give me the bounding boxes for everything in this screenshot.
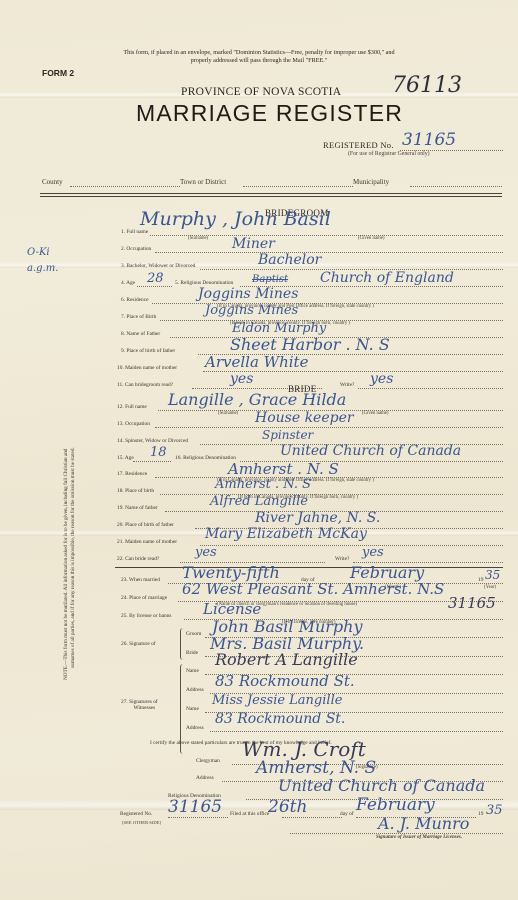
bride-father-label: 19. Name of father bbox=[117, 505, 158, 511]
bride-religion-label: 16. Religious Denomination bbox=[175, 455, 236, 461]
dotted-line bbox=[282, 817, 342, 818]
year-hint: (Year) bbox=[484, 585, 496, 590]
witness2-address-label: Address bbox=[186, 725, 204, 731]
when-married-label: 23. When married bbox=[121, 577, 160, 583]
side-note-line2: surnames of all parties, and if for any … bbox=[70, 447, 77, 680]
year-prefix: 19 bbox=[478, 577, 483, 583]
bride-fullname-value: Langille , Grace Hilda bbox=[168, 390, 346, 409]
postal-notice-line2: properly addressed will pass through the… bbox=[0, 57, 518, 65]
surname-hint: (Surname) bbox=[218, 411, 238, 416]
side-note: NOTE.—This form must not be mutilated. A… bbox=[63, 447, 77, 680]
groom-religion-value: Church of England bbox=[320, 270, 454, 286]
witness1-name: Robert A Langille bbox=[215, 650, 358, 669]
registrar-note: (For use of Registrar General only) bbox=[348, 151, 430, 157]
see-other-side-note: [SEE OTHER SIDE] bbox=[122, 820, 161, 825]
postal-notice-line1: This form, if placed in an envelope, mar… bbox=[0, 49, 518, 57]
witness2-name: Miss Jessie Langille bbox=[212, 693, 342, 708]
registered-number-value: 31165 bbox=[402, 130, 456, 150]
bride-status-label: 14. Spinster, Widow or Divorced bbox=[117, 438, 188, 444]
witness1-address: 83 Rockmound St. bbox=[215, 672, 355, 690]
margin-note-1: O-Ki bbox=[27, 247, 50, 258]
dotted-line bbox=[290, 833, 503, 834]
license-number: 31165 bbox=[448, 594, 496, 612]
bride-fullname-label: 12. Full name bbox=[117, 404, 147, 410]
dotted-line bbox=[133, 461, 171, 462]
witness2-name-label: Name bbox=[186, 706, 199, 712]
bride-residence-value: Amherst . N. S bbox=[228, 460, 339, 478]
registered-number-label: REGISTERED No. bbox=[323, 140, 394, 150]
bride-religion-value: United Church of Canada bbox=[280, 443, 461, 459]
marriage-register-document: This form, if placed in an envelope, mar… bbox=[0, 0, 518, 900]
dotted-line bbox=[155, 427, 503, 428]
filing-registered-label: Registered No. bbox=[120, 811, 152, 817]
groom-residence-value: Joggins Mines bbox=[198, 286, 298, 302]
side-note-line1: NOTE.—This form must not be mutilated. A… bbox=[63, 447, 70, 680]
bride-signature-label: Bride bbox=[186, 650, 198, 656]
province-heading: PROVINCE OF NOVA SCOTIA bbox=[181, 86, 341, 98]
license-label: 25. By license or banns bbox=[121, 613, 171, 619]
clergyman-denomination: United Church of Canada bbox=[278, 776, 485, 795]
wedding-year-value: 35 bbox=[485, 568, 500, 582]
bride-father-birthplace-value: River Jahne, N. S. bbox=[255, 510, 380, 526]
bride-father-birthplace-label: 20. Place of birth of father bbox=[117, 522, 174, 528]
groom-age-label: 4. Age bbox=[121, 280, 135, 286]
page-title: MARRIAGE REGISTER bbox=[136, 100, 403, 127]
clergyman-address: Amherst, N. S bbox=[256, 758, 376, 778]
groom-mother-value: Arvella White bbox=[205, 353, 308, 371]
dotted-line bbox=[137, 286, 172, 287]
filing-registered-value: 31165 bbox=[168, 797, 222, 817]
given-name-hint: (Given name) bbox=[358, 236, 385, 241]
form-label: FORM 2 bbox=[42, 68, 74, 78]
clergyman-address-label: Address bbox=[196, 775, 214, 781]
county-label: County bbox=[42, 178, 63, 186]
groom-birthplace-value: Joggins Mines bbox=[205, 303, 298, 318]
clergyman-label: Clergyman bbox=[196, 758, 220, 764]
divider bbox=[40, 193, 502, 194]
dotted-line bbox=[200, 545, 503, 546]
groom-read-value: yes bbox=[230, 371, 253, 387]
handwritten-reference-number: 76113 bbox=[392, 73, 462, 98]
filed-day-of-label: day of bbox=[340, 811, 354, 817]
town-field[interactable] bbox=[243, 186, 353, 187]
witnesses-label-line2: Witnesses bbox=[121, 705, 158, 711]
groom-father-birthplace-value: Sheet Harbor . N. S bbox=[230, 335, 390, 354]
filed-label: Filed at this office bbox=[230, 811, 269, 817]
bride-write-value: yes bbox=[362, 545, 384, 560]
town-label: Town or District bbox=[180, 178, 226, 186]
bride-age-value: 18 bbox=[150, 445, 167, 460]
county-field[interactable] bbox=[70, 186, 180, 187]
bride-residence-label: 17. Residence bbox=[117, 471, 147, 477]
groom-occupation-value: Miner bbox=[232, 236, 275, 252]
groom-occupation-label: 2. Occupation bbox=[121, 246, 151, 252]
dotted-line bbox=[210, 731, 503, 732]
bride-birthplace-label: 18. Place of birth bbox=[117, 488, 154, 494]
place-of-marriage-value: 62 West Pleasant St. Amherst. N.S bbox=[182, 580, 444, 598]
groom-age-value: 28 bbox=[147, 271, 164, 286]
license-value: License bbox=[203, 600, 261, 618]
bride-birthplace-value: Amherst . N. S bbox=[215, 477, 311, 492]
issuer-signature: A. J. Munro bbox=[378, 814, 469, 833]
groom-residence-label: 6. Residence bbox=[121, 297, 149, 303]
witness1-address-label: Address bbox=[186, 687, 204, 693]
bride-mother-value: Mary Elizabeth McKay bbox=[205, 526, 367, 542]
witnesses-label: 27. Signatures of Witnesses bbox=[121, 699, 158, 711]
divider bbox=[40, 196, 502, 197]
municipality-label: Municipality bbox=[353, 178, 389, 186]
filed-day-value: 26th bbox=[268, 797, 307, 817]
groom-read-label: 11. Can bridegroom read? bbox=[117, 382, 173, 388]
municipality-field[interactable] bbox=[410, 186, 502, 187]
bride-write-label: Write? bbox=[335, 556, 349, 562]
bride-mother-label: 21. Maiden name of mother bbox=[117, 539, 177, 545]
groom-father-birthplace-label: 9. Place of birth of father bbox=[121, 348, 175, 354]
filed-month-value: February bbox=[356, 795, 435, 815]
bride-occupation-label: 13. Occupation bbox=[117, 421, 150, 427]
bride-father-value: Alfred Langille bbox=[210, 494, 308, 509]
groom-signature-label: Groom bbox=[186, 631, 201, 637]
groom-father-value: Eldon Murphy bbox=[232, 321, 326, 336]
groom-birthplace-label: 7. Place of Birth bbox=[121, 314, 156, 320]
witness1-name-label: Name bbox=[186, 668, 199, 674]
bride-read-label: 22. Can bride read? bbox=[117, 556, 159, 562]
bride-status-value: Spinster bbox=[262, 428, 313, 442]
given-name-hint: (Given name) bbox=[362, 411, 389, 416]
groom-fullname-value: Murphy , John Basil bbox=[140, 208, 331, 230]
groom-write-label: Write? bbox=[340, 382, 354, 388]
issuer-label: Signature of Issuer of Marriage Licenses… bbox=[376, 835, 462, 840]
groom-write-value: yes bbox=[370, 371, 393, 387]
bracket bbox=[180, 628, 185, 660]
filed-year-prefix: 19 bbox=[478, 811, 483, 817]
signature-of-label: 26. Signature of bbox=[121, 641, 156, 647]
bride-occupation-value: House keeper bbox=[255, 410, 354, 426]
dotted-line bbox=[168, 817, 228, 818]
groom-religion-struck: Baptist bbox=[252, 274, 288, 285]
groom-status-label: 3. Bachelor, Widower or Divorced bbox=[121, 263, 195, 269]
margin-note-2: a.g.m. bbox=[27, 263, 58, 274]
groom-mother-label: 10. Maiden name of mother bbox=[117, 365, 177, 371]
surname-hint: (Surname) bbox=[188, 236, 208, 241]
divider bbox=[115, 567, 503, 568]
groom-status-value: Bachelor bbox=[258, 252, 321, 268]
bride-age-label: 15. Age bbox=[117, 455, 134, 461]
groom-father-label: 8. Name of Father bbox=[121, 331, 160, 337]
dotted-line bbox=[155, 252, 503, 253]
filed-year-value: 35 bbox=[486, 803, 503, 818]
paper-fold bbox=[0, 800, 518, 810]
witness2-address: 83 Rockmound St. bbox=[215, 711, 345, 727]
dotted-line bbox=[358, 388, 503, 389]
bride-read-value: yes bbox=[195, 545, 217, 560]
place-of-marriage-label: 24. Place of marriage bbox=[121, 595, 167, 601]
